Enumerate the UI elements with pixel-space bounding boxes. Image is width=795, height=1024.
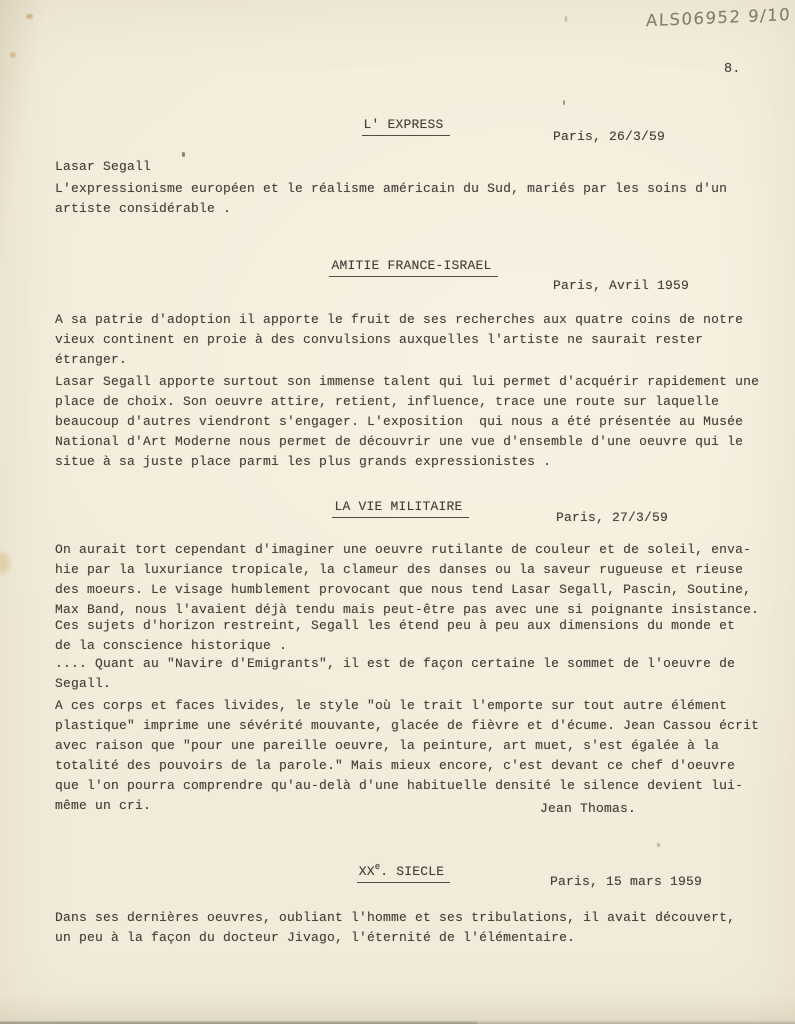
vie-militaire-paragraph-4: A ces corps et faces livides, le style "… xyxy=(55,696,760,816)
amitie-paragraph-1: A sa patrie d'adoption il apporte le fru… xyxy=(55,310,760,370)
xx-siecle-suffix: . SIECLE xyxy=(380,864,444,879)
xx-siecle-paragraph: Dans ses dernières oeuvres, oubliant l'h… xyxy=(55,908,760,948)
vie-militaire-paragraph-2: Ces sujets d'horizon restreint, Segall l… xyxy=(55,616,760,656)
dateline-amitie: Paris, Avril 1959 xyxy=(553,276,689,296)
article-title-express: L' EXPRESS xyxy=(0,102,795,151)
article-title-la-vie-militaire: LA VIE MILITAIRE xyxy=(0,484,795,533)
signature-jean-thomas: Jean Thomas. xyxy=(540,799,636,819)
express-body-paragraph: L'expressionisme européen et le réalisme… xyxy=(55,179,760,219)
handwritten-archive-annotation: ALS06952 9/10 xyxy=(646,5,795,31)
article-title-xx-siecle-text: XXe. SIECLE xyxy=(357,860,450,883)
scan-bottom-edge-shadow xyxy=(0,1020,795,1024)
dateline-vie-militaire: Paris, 27/3/59 xyxy=(556,508,668,528)
vie-militaire-paragraph-1: On aurait tort cependant d'imaginer une … xyxy=(55,540,760,620)
scanned-document-page: ALS06952 9/10 8. L' EXPRESS Paris, 26/3/… xyxy=(0,0,795,1024)
dateline-express: Paris, 26/3/59 xyxy=(553,127,665,147)
paper-stain xyxy=(26,14,33,19)
xx-siecle-prefix: XX xyxy=(359,864,375,879)
ink-speck xyxy=(565,16,567,22)
article-title-express-text: L' EXPRESS xyxy=(362,117,450,136)
article-title-vie-militaire-text: LA VIE MILITAIRE xyxy=(332,499,468,518)
article-title-amitie-text: AMITIE FRANCE-ISRAEL xyxy=(329,258,497,277)
vie-militaire-paragraph-3: .... Quant au "Navire d'Emigrants", il e… xyxy=(55,654,760,694)
paper-stain xyxy=(0,552,10,574)
amitie-paragraph-2: Lasar Segall apporte surtout son immense… xyxy=(55,372,760,472)
page-number: 8. xyxy=(724,60,741,80)
paper-stain xyxy=(10,52,16,58)
byline-lasar-segall: Lasar Segall xyxy=(55,157,760,177)
dateline-xx-siecle: Paris, 15 mars 1959 xyxy=(550,872,702,892)
